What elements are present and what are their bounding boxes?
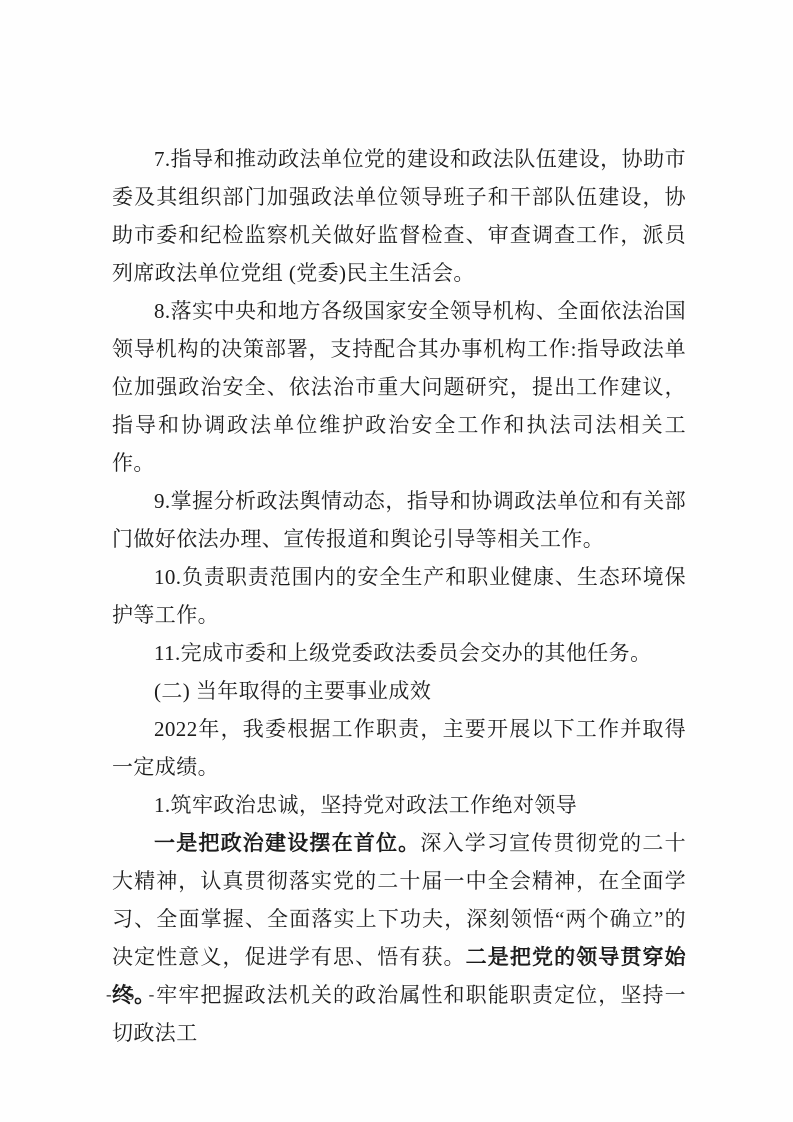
document-page: 7.指导和推动政法单位党的建设和政法队伍建设，协助市委及其组织部门加强政法单位领… (0, 0, 793, 1122)
intro-paragraph-2022: 2022年，我委根据工作职责，主要开展以下工作并取得一定成绩。 (112, 710, 686, 786)
section-2-heading: (二) 当年取得的主要事业成效 (112, 672, 686, 710)
bold-run-first-point: 一是把政治建设摆在首位。 (154, 831, 420, 855)
document-body: 7.指导和推动政法单位党的建设和政法队伍建设，协助市委及其组织部门加强政法单位领… (112, 140, 686, 1052)
paragraph-item-8: 8.落实中央和地方各级国家安全领导机构、全面依法治国领导机构的决策部署，支持配合… (112, 292, 686, 482)
page-number: - 5 - (106, 985, 159, 1005)
paragraph-item-9: 9.掌握分析政法舆情动态，指导和协调政法单位和有关部门做好依法办理、宣传报道和舆… (112, 482, 686, 558)
paragraph-item-11: 11.完成市委和上级党委政法委员会交办的其他任务。 (112, 634, 686, 672)
paragraph-item-7: 7.指导和推动政法单位党的建设和政法队伍建设，协助市委及其组织部门加强政法单位领… (112, 140, 686, 292)
mixed-bold-paragraph: 一是把政治建设摆在首位。深入学习宣传贯彻党的二十大精神，认真贯彻落实党的二十届一… (112, 824, 686, 1052)
sub-heading-1: 1.筑牢政治忠诚，坚持党对政法工作绝对领导 (112, 786, 686, 824)
paragraph-item-10: 10.负责职责范围内的安全生产和职业健康、生态环境保护等工作。 (112, 558, 686, 634)
text-run-2: 牢牢把握政法机关的政治属性和职能职责定位，坚持一切政法工 (112, 983, 686, 1045)
